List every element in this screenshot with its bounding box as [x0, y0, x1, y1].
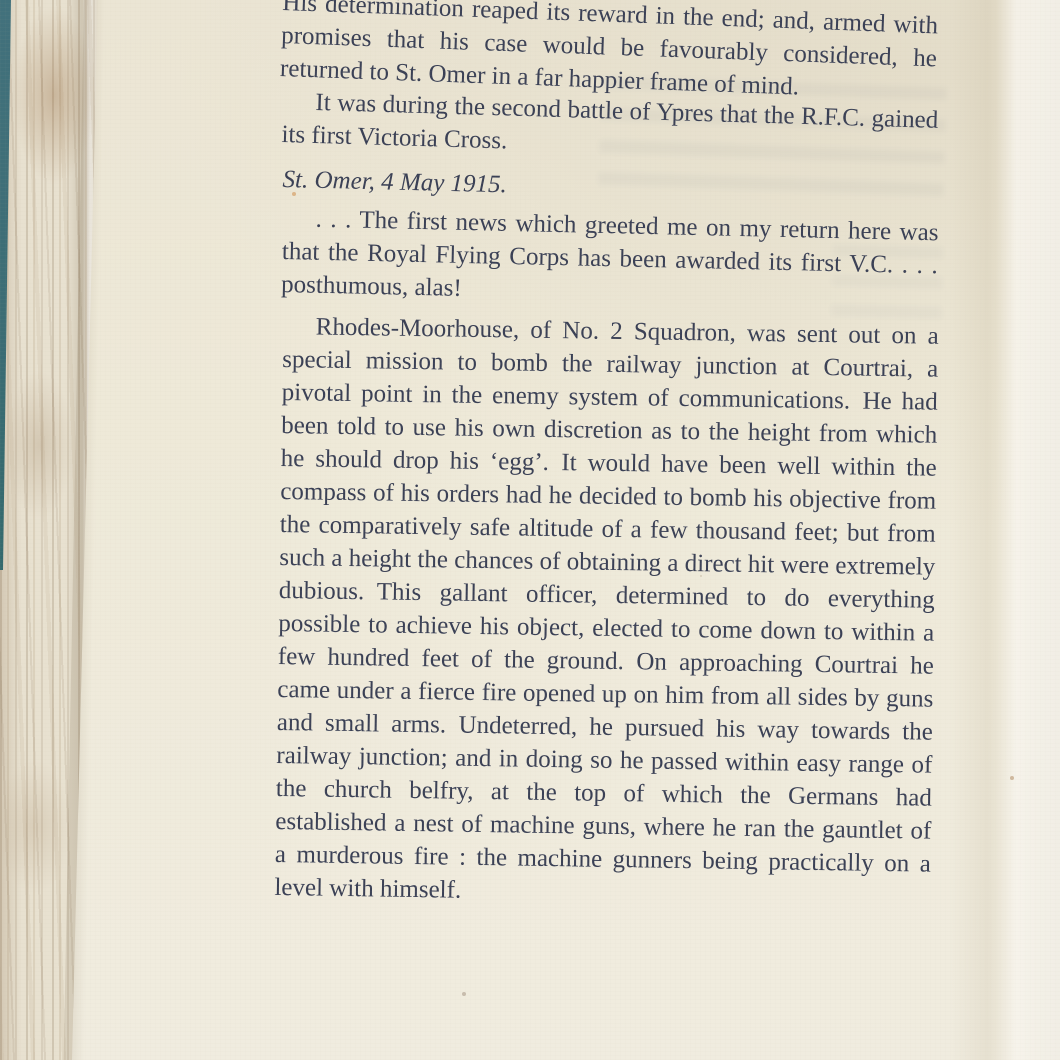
gutter-crease [950, 0, 1060, 1060]
dust-specks [0, 0, 2, 2]
page-text: His determination reaped its reward in t… [283, 0, 939, 904]
letter-paragraph: Rhodes-Moorhouse, of No. 2 Squadron, was… [274, 310, 939, 914]
book-page-photo: His determination reaped its reward in t… [0, 0, 1060, 1060]
letter-paragraph: . . . The first news which greeted me on… [281, 202, 939, 315]
